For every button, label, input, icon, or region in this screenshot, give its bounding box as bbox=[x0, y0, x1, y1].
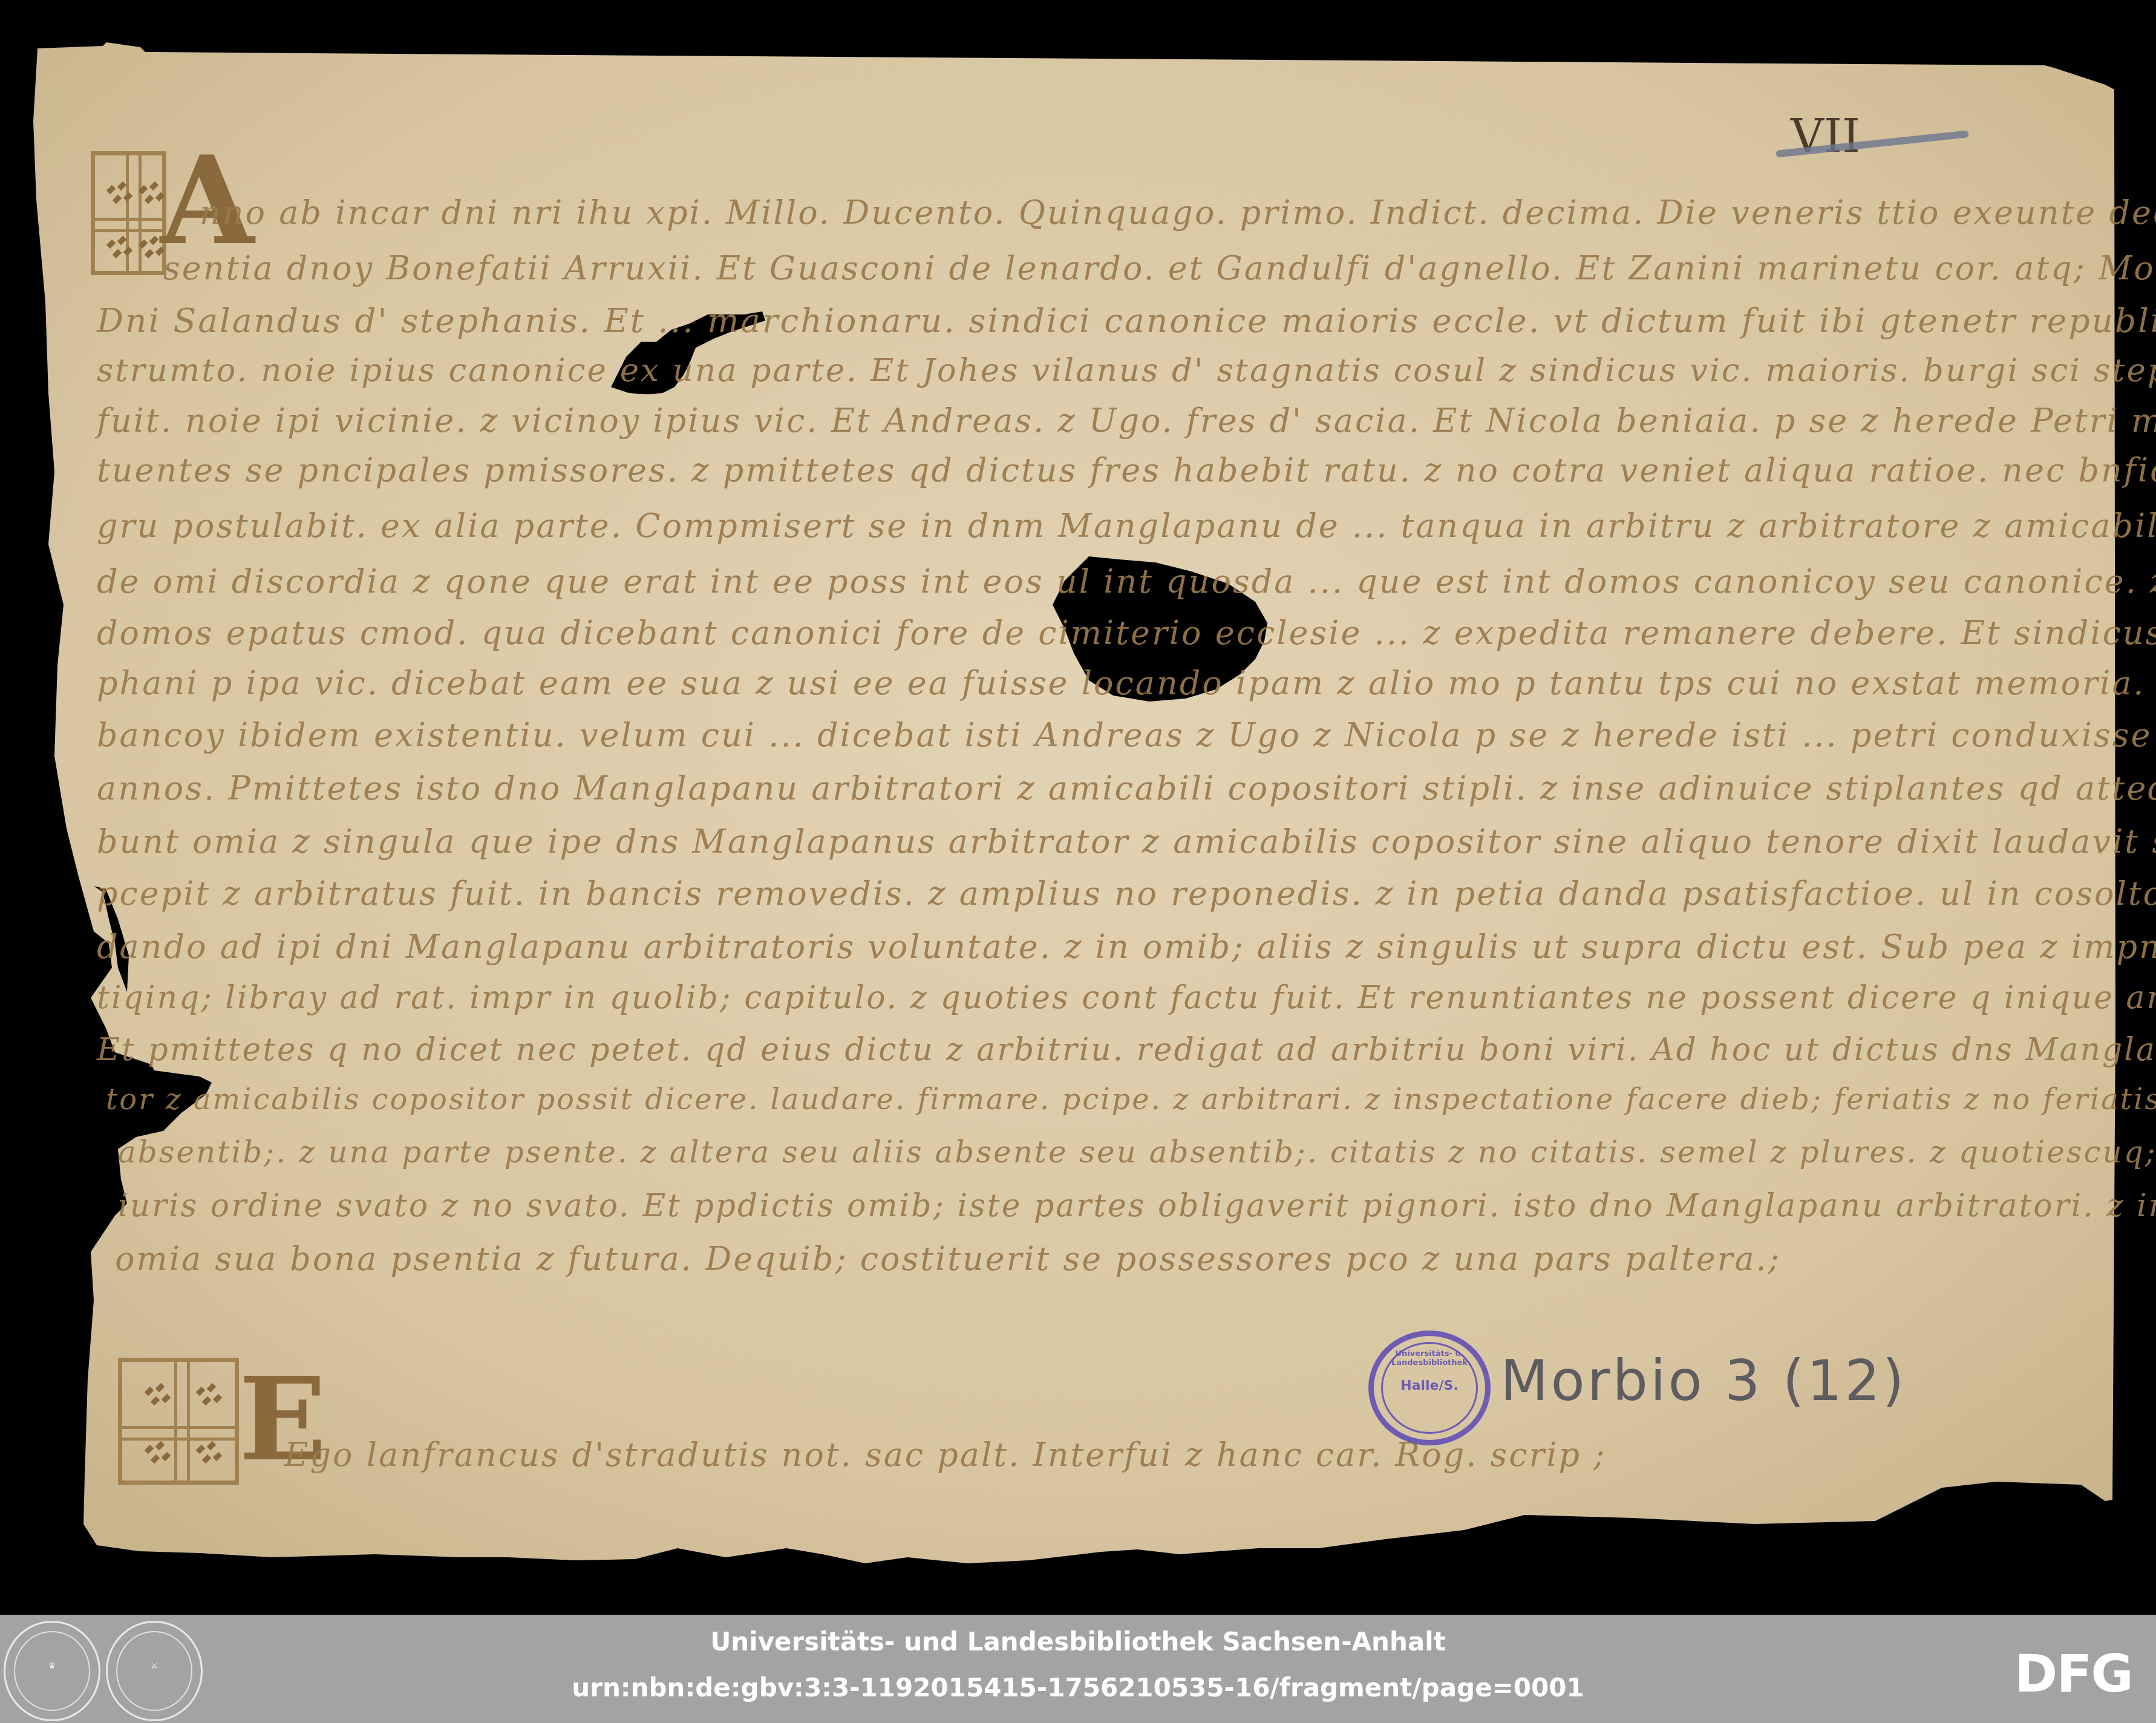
text-line-8: de omi discordia z qone que erat int ee … bbox=[97, 562, 2156, 601]
institution-name: Universitäts- und Landesbibliothek Sachs… bbox=[0, 1627, 2156, 1656]
text-line-14: pcepit z arbitratus fuit. in bancis remo… bbox=[97, 875, 2156, 913]
text-line-3: Dni Salandus d' stephanis. Et ... marchi… bbox=[97, 301, 2156, 340]
shelfmark-annotation: Morbio 3 (12) bbox=[1500, 1349, 1907, 1413]
text-line-7: gru postulabit. ex alia parte. Compmiser… bbox=[97, 507, 2156, 545]
text-line-16: tiqinq; libray ad rat. impr in quolib; c… bbox=[97, 980, 2156, 1016]
text-line-9: domos epatus cmod. qua dicebant canonici… bbox=[97, 614, 2156, 652]
text-line-4: strumto. noie ipius canonice ex una part… bbox=[97, 352, 2156, 389]
library-footer: ♛ ⚔ Universitäts- und Landesbibliothek S… bbox=[0, 1615, 2156, 1723]
text-line-15: dando ad ipi dni Manglapanu arbitratoris… bbox=[97, 928, 2156, 966]
text-line-5: fuit. noie ipi vicinie. z vicinoy ipius … bbox=[97, 402, 2156, 440]
stamp-circular-text: Universitäts- u. Landesbibliothek bbox=[1374, 1349, 1485, 1367]
text-line-1: nno ab incar dni nri ihu xpi. Millo. Duc… bbox=[200, 194, 2156, 232]
text-line-2: sentia dnoy Bonefatii Arruxii. Et Guasco… bbox=[163, 249, 2156, 287]
seal-figure: ⚔ bbox=[108, 1661, 201, 1671]
text-line-20: iuris ordine svato z no svato. Et ppdict… bbox=[118, 1188, 2156, 1224]
manuscript-image-viewer: VII A nno ab incar dni nri ihu xpi. Mill… bbox=[0, 0, 2156, 1615]
text-line-12: annos. Pmittetes isto dno Manglapanu arb… bbox=[97, 769, 2156, 807]
text-line-10: phani p ipa vic. dicebat eam ee sua z us… bbox=[97, 664, 2156, 702]
text-line-6: tuentes se pncipales pmissores. z pmitte… bbox=[97, 451, 2156, 489]
stamp-city: Halle/S. bbox=[1374, 1378, 1485, 1393]
text-line-17: Et pmittetes q no dicet nec petet. qd ei… bbox=[97, 1032, 2156, 1068]
seal-figure: ♛ bbox=[5, 1661, 99, 1671]
notarial-signum-top bbox=[91, 151, 166, 275]
urn-link[interactable]: urn:nbn:de:gbv:3:3-1192015415-1756210535… bbox=[0, 1673, 2156, 1702]
dfg-logo-icon: DFG bbox=[2014, 1648, 2132, 1700]
text-line-13: bunt omia z singula que ipe dns Manglapa… bbox=[97, 822, 2156, 861]
text-line-21: omia sua bona psentia z futura. Dequib; … bbox=[115, 1240, 1781, 1278]
text-line-11: bancoy ibidem existentiu. velum cui ... … bbox=[97, 716, 2156, 754]
text-line-19: absentib;. z una parte psente. z altera … bbox=[118, 1135, 2156, 1170]
notarial-signum-bottom bbox=[118, 1358, 239, 1485]
library-stamp: Universitäts- u. Landesbibliothek Halle/… bbox=[1368, 1331, 1491, 1445]
text-line-18: tor z amicabilis copositor possit dicere… bbox=[106, 1083, 2156, 1116]
